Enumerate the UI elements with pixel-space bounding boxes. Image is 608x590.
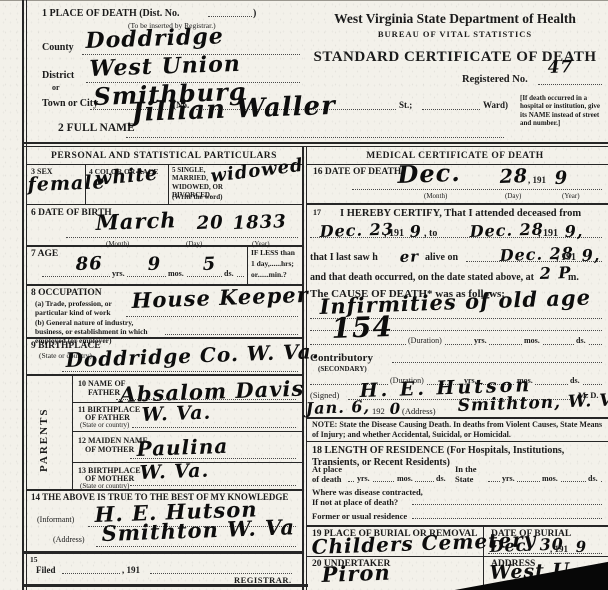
dotted-line (422, 109, 480, 110)
undertaker-value: Piron (321, 560, 391, 587)
death-certificate: 1 PLACE OF DEATH (Dist. No. ) (To be ins… (0, 0, 608, 590)
dotted-line (150, 573, 292, 574)
duration-ds-2: ds. (568, 376, 582, 385)
certify-line3a: that I last saw h (310, 252, 378, 263)
dotted-line (96, 546, 296, 547)
dotted-line (62, 371, 298, 372)
occupation-value: House Keeper (131, 282, 309, 313)
certify-line3b: alive on (425, 252, 458, 263)
signed-address-label: (Address) (402, 406, 436, 416)
rule (247, 245, 248, 284)
year-191a: , 191 (384, 228, 404, 239)
dotted-line (412, 504, 602, 505)
rule (306, 525, 608, 527)
registered-no-label: Registered No. (462, 74, 528, 85)
rule (306, 203, 608, 205)
mother-bp-value: W. Va. (139, 460, 209, 484)
certify-number: 17 (313, 208, 321, 217)
dotted-line (392, 362, 602, 363)
year-9c-hw: 9, (581, 245, 600, 265)
dod-year-printed: , 191 (528, 175, 546, 185)
residence-yrs-1: yrs. (355, 474, 372, 483)
year-191b: , 191 (538, 228, 558, 239)
filed-year-label: , 191 (122, 565, 140, 575)
contracted-label-2: If not at place of death? (312, 497, 398, 507)
dob-month-value: March (95, 207, 177, 235)
dotted-line (488, 553, 602, 554)
attended-to-value: Dec. 28 (469, 219, 544, 241)
attended-from-value: Dec. 23 (319, 219, 394, 241)
dod-day-value: 28 (499, 165, 528, 188)
m-word: m. (568, 272, 579, 283)
age-years-value: 86 (75, 253, 103, 275)
at-place-label-1: At place (312, 464, 342, 474)
filed-label: Filed (36, 565, 56, 575)
rule (0, 0, 608, 1)
dob-year-value: 1833 (232, 211, 287, 234)
to-word: , to (424, 228, 437, 239)
registrar-label: REGISTRAR. (234, 575, 292, 585)
duration-ds-1: ds. (574, 336, 588, 345)
her-hw: er (399, 247, 419, 266)
rule (22, 146, 608, 147)
age-months-value: 9 (147, 254, 161, 275)
dod-year-hw: 9 (554, 168, 568, 189)
death-time-value: 2 P (539, 263, 571, 283)
contributory-label: Contributory (310, 352, 373, 364)
dod-label: 16 DATE OF DEATH (313, 167, 401, 177)
age-days-value: 5 (202, 254, 216, 275)
residence-ds-1: ds. (434, 474, 448, 483)
mother-bp-sublabel: (State or country) (80, 482, 129, 490)
if-less-line2: 1 day,......hrs; (251, 259, 294, 268)
rule (26, 204, 302, 205)
dotted-line (165, 334, 298, 335)
certify-line1: I HEREBY CERTIFY, That I attended deceas… (340, 208, 581, 219)
year-9a-hw: 9 (409, 222, 422, 241)
year-191c: , 191 (556, 252, 576, 263)
note-text: NOTE: State the Disease Causing Death. I… (312, 420, 604, 439)
dotted-line (130, 458, 296, 459)
mother-name-value: Paulina (136, 434, 228, 461)
informant-address-label: (Address) (53, 535, 85, 544)
rule (168, 164, 169, 204)
in-the-label-2: State (455, 474, 473, 484)
rule (26, 0, 27, 590)
occupation-label: 8 OCCUPATION (31, 288, 102, 298)
fullname-value: Jillian Waller (131, 91, 336, 128)
duration-mos-1: mos. (522, 336, 542, 345)
rule (22, 551, 302, 554)
signed-year-printed: 192 (372, 406, 385, 416)
rule (22, 0, 24, 590)
informant-address-value: Smithton W. Va (101, 514, 295, 546)
department-title: West Virginia State Department of Health (306, 11, 604, 27)
cause-number-value: 154 (331, 310, 394, 345)
or-word: or (52, 83, 60, 92)
rule (26, 374, 302, 376)
district-label: District (42, 70, 74, 81)
father-name-label-2: FATHER (88, 388, 120, 397)
dotted-line (66, 237, 298, 238)
county-label: County (42, 42, 74, 53)
informant-label: (Informant) (37, 515, 74, 524)
parents-vertical-label: PARENTS (38, 392, 50, 472)
dotted-line (412, 518, 602, 519)
at-place-label-2: of death (312, 474, 342, 484)
mos-label: mos. (166, 269, 186, 278)
former-residence-label: Former or usual residence (312, 511, 407, 521)
dotted-line (62, 573, 120, 574)
year-9b-hw: 9, (564, 221, 583, 241)
residence-mos-1: mos. (395, 474, 415, 483)
town-label: Town or City (42, 98, 98, 109)
hospital-note: [If death occurred in a hospital or inst… (520, 94, 605, 128)
residence-mos-2: mos. (540, 474, 560, 483)
dotted-line (538, 84, 602, 85)
day-sublabel: (Day) (186, 240, 202, 248)
father-bp-value: W. Va. (141, 402, 211, 426)
yrs-label: yrs. (110, 269, 127, 278)
place-of-death-label: 1 PLACE OF DEATH (Dist. No. (42, 8, 180, 19)
marital-sub-label: (Write the word) (172, 193, 222, 201)
rule (26, 489, 302, 491)
certify-line4: and that death occurred, on the date sta… (310, 272, 534, 283)
bureau-subtitle: BUREAU OF VITAL STATISTICS (306, 29, 604, 39)
if-less-line1: IF LESS than (251, 248, 295, 257)
father-bp-sublabel: (State or country) (80, 421, 129, 429)
dod-day-sublabel: (Day) (505, 192, 521, 200)
rule (72, 431, 302, 432)
month-sublabel: (Month) (106, 240, 129, 248)
place-close: ) (253, 8, 256, 19)
occupation-a-label: (a) Trade, profession, or particular kin… (35, 299, 137, 317)
signed-year-hw: 0 (389, 400, 401, 418)
race-value: white (94, 163, 159, 190)
dod-month-sublabel: (Month) (424, 192, 447, 200)
duration-yrs-1: yrs. (472, 336, 489, 345)
dod-year-sublabel: (Year) (562, 192, 580, 200)
rule (306, 417, 608, 419)
dotted-line (208, 16, 252, 17)
filed-number: 15 (30, 555, 38, 564)
rule (306, 441, 608, 442)
in-the-label-1: In the (455, 464, 477, 474)
signed-date-value: Jan. 6, (305, 397, 370, 418)
duration-label-1: (Duration) (406, 336, 444, 345)
dotted-line (116, 399, 296, 400)
ds-label: ds. (222, 269, 236, 278)
dotted-line (42, 276, 244, 277)
contracted-label-1: Where was disease contracted, (312, 487, 423, 497)
dotted-line (132, 427, 296, 428)
year-sublabel: (Year) (252, 240, 270, 248)
ward-label: Ward) (483, 100, 508, 110)
residence-yrs-2: yrs. (500, 474, 517, 483)
residence-ds-2: ds. (586, 474, 600, 483)
dotted-line (130, 485, 296, 486)
secondary-label: (SECONDARY) (318, 365, 367, 373)
fullname-label: 2 FULL NAME (58, 122, 135, 134)
dob-day-value: 20 (196, 212, 224, 234)
rule (302, 146, 304, 590)
dotted-line (352, 189, 602, 190)
dotted-line (126, 316, 298, 317)
if-less-line3: or......min.? (251, 270, 287, 279)
st-label: St.; (399, 100, 412, 110)
mother-name-label-2: OF MOTHER (85, 445, 134, 454)
dotted-line (126, 137, 504, 138)
rule (306, 146, 307, 590)
rule (22, 142, 608, 144)
age-label: 7 AGE (31, 249, 58, 259)
registered-no-value: 47 (547, 57, 573, 78)
county-value: Doddridge (85, 23, 224, 54)
dod-month-value: Dec. (397, 158, 461, 189)
